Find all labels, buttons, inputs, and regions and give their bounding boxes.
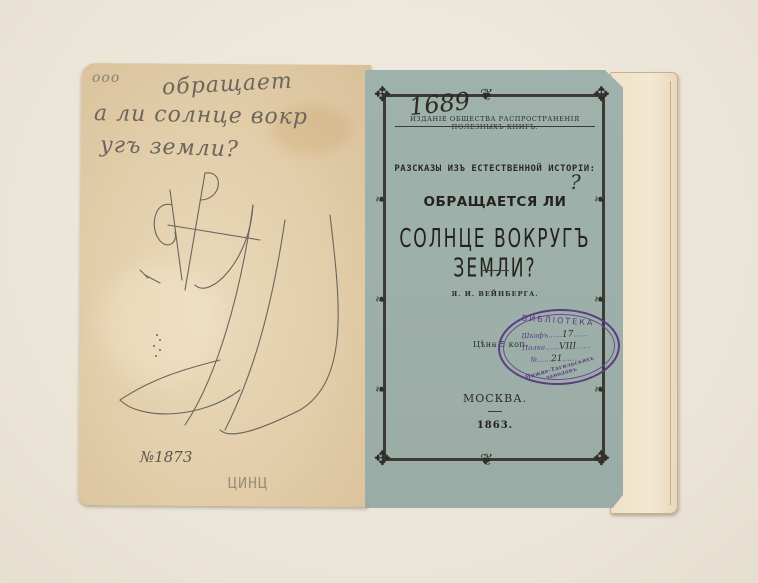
scroll-ornament-icon: ❦ <box>480 85 493 105</box>
imprint-city: МОСКВА. <box>385 392 605 405</box>
short-rule <box>483 270 509 271</box>
corner-ornament-icon: ✥ <box>593 84 610 104</box>
inventory-number: №1873 <box>140 448 192 466</box>
stamp-row-shelf: Полка……VIII…… <box>522 341 591 353</box>
handwritten-question-mark: ? <box>570 170 581 194</box>
corner-ornament-icon: ✥ <box>374 84 391 104</box>
stamp-title: БИБЛІОТЕКА <box>499 312 617 329</box>
frame-bottom-rule <box>383 458 605 461</box>
corner-ornament-icon: ✥ <box>374 448 391 468</box>
title-line-1: ОБРАЩАЕТСЯ ЛИ <box>385 194 605 210</box>
photo-scene: ооо обращает а ли солнце вокр угъ земли?… <box>0 0 758 583</box>
title-line-2: СОЛНЦЕ ВОКРУГЪ ЗЕМЛИ? <box>375 224 615 283</box>
author-line: Я. И. ВЕЙНБЕРГА. <box>385 290 605 298</box>
pamphlet-cover: ✥ ✥ ✥ ✥ ❦ ❦ ❧ ❧ ❧ ❧ ❧ ❧ 1689 ИЗДАНІЕ ОБЩ… <box>365 70 623 508</box>
short-rule <box>488 411 502 412</box>
imprint-year: 1863. <box>385 420 605 431</box>
corner-ornament-icon: ✥ <box>593 448 610 468</box>
divider-rule <box>395 126 595 127</box>
scroll-ornament-icon: ❦ <box>480 450 493 470</box>
faded-ink-stamp: ЦИНЦ <box>228 474 268 492</box>
stamp-row-cabinet: Шкафъ……17…… <box>521 329 587 341</box>
publisher-line: ИЗДАНІЕ ОБЩЕСТВА РАСПРОСТРАНЕНІЯ ПОЛЕЗНЫ… <box>395 115 595 131</box>
